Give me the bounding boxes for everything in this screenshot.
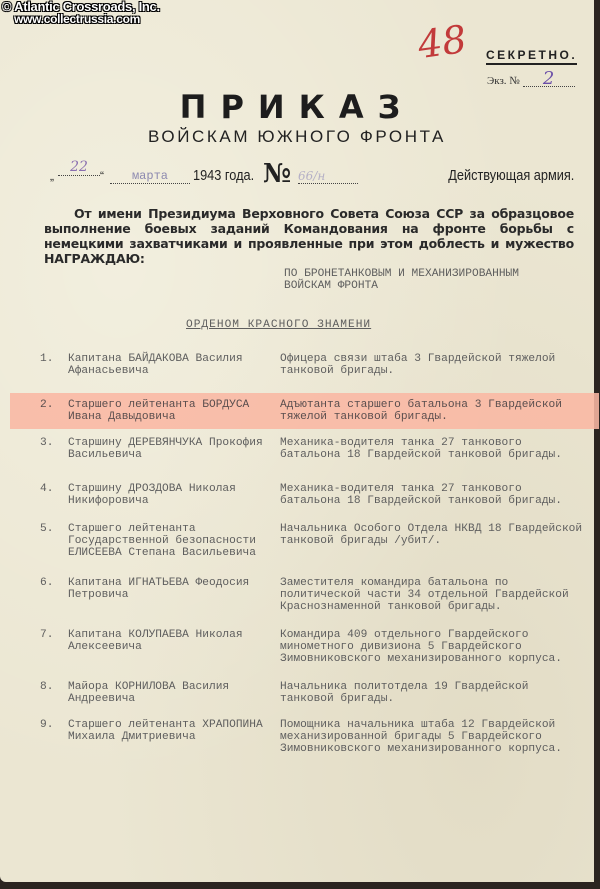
date-year: 1943 года. <box>193 167 254 184</box>
award-index: 9. <box>40 719 68 755</box>
date-close-quote: “ <box>100 169 104 183</box>
date-open-quote: „ <box>50 169 54 183</box>
award-index: 1. <box>40 353 68 377</box>
award-recipient-name: Старшину ДРОЗДОВА Николая Никифоровича <box>68 483 280 507</box>
document-page: © Atlantic Crossroads, Inc. www.collectr… <box>0 0 594 882</box>
section-heading-line2: ВОЙСКАМ ФРОНТА <box>284 280 584 292</box>
award-index: 7. <box>40 629 68 665</box>
award-recipient-post: Механика-водителя танка 27 танкового бат… <box>280 483 585 507</box>
award-entry: 9.Старшего лейтенанта ХРАПОПИНА Михаила … <box>40 719 585 755</box>
award-recipient-name: Капитана КОЛУПАЕВА Николая Алексеевича <box>68 629 280 665</box>
award-recipient-post: Помощника начальника штаба 12 Гвардейско… <box>280 719 585 755</box>
award-entry: 1.Капитана БАЙДАКОВА Василия Афанасьевич… <box>40 353 585 377</box>
section-heading: ПО БРОНЕТАНКОВЫМ И МЕХАНИЗИРОВАННЫМ ВОЙС… <box>284 268 584 292</box>
award-entry: 3.Старшину ДЕРЕВЯНЧУКА Прокофия Васильев… <box>40 437 585 461</box>
date-month: марта <box>110 169 190 184</box>
document-title: ПРИКАЗ <box>0 88 594 126</box>
handwritten-page-number: 48 <box>415 17 469 67</box>
award-index: 4. <box>40 483 68 507</box>
award-recipient-name: Старшего лейтенанта ХРАПОПИНА Михаила Дм… <box>68 719 280 755</box>
award-entry: 7.Капитана КОЛУПАЕВА Николая Алексеевича… <box>40 629 585 665</box>
number-sign: № <box>263 159 291 189</box>
dateline: „ 22 “ марта 1943 года. № 66/н Действующ… <box>50 165 574 189</box>
awards-list: 1.Капитана БАЙДАКОВА Василия Афанасьевич… <box>40 353 585 769</box>
award-recipient-name: Старшину ДЕРЕВЯНЧУКА Прокофия Васильевич… <box>68 437 280 461</box>
award-entry: 6.Капитана ИГНАТЬЕВА Феодосия ПетровичаЗ… <box>40 577 585 613</box>
award-recipient-post: Офицера связи штаба 3 Гвардейской тяжело… <box>280 353 585 377</box>
award-index: 3. <box>40 437 68 461</box>
watermark-url: www.collectrussia.com <box>2 13 160 25</box>
section-heading-line1: ПО БРОНЕТАНКОВЫМ И МЕХАНИЗИРОВАННЫМ <box>284 268 584 280</box>
date-day: 22 <box>58 159 100 176</box>
award-recipient-post: Адъютанта старшего батальона 3 Гвардейск… <box>280 399 585 423</box>
award-entry: 2.Старшего лейтенанта БОРДУСА Ивана Давы… <box>40 399 585 423</box>
award-recipient-name: Майора КОРНИЛОВА Василия Андреевича <box>68 681 280 705</box>
copy-number-line: Экз. № 2 <box>487 72 575 87</box>
award-recipient-name: Старшего лейтенанта Государственной безо… <box>68 523 280 559</box>
watermark: © Atlantic Crossroads, Inc. www.collectr… <box>2 1 160 25</box>
award-index: 6. <box>40 577 68 613</box>
location: Действующая армия. <box>448 167 574 184</box>
order-heading: ОРДЕНОМ КРАСНОГО ЗНАМЕНИ <box>186 319 371 331</box>
order-number: 66/н <box>298 169 358 184</box>
copy-label: Экз. № <box>487 75 520 87</box>
classification-stamp: СЕКРЕТНО. <box>486 48 577 65</box>
award-index: 8. <box>40 681 68 705</box>
award-recipient-name: Капитана ИГНАТЬЕВА Феодосия Петровича <box>68 577 280 613</box>
award-recipient-post: Командира 409 отдельного Гвардейского ми… <box>280 629 585 665</box>
award-entry: 8.Майора КОРНИЛОВА Василия АндреевичаНач… <box>40 681 585 705</box>
award-entry: 4.Старшину ДРОЗДОВА Николая Никифоровича… <box>40 483 585 507</box>
award-recipient-name: Старшего лейтенанта БОРДУСА Ивана Давыдо… <box>68 399 280 423</box>
award-recipient-post: Начальника политотдела 19 Гвардейской та… <box>280 681 585 705</box>
award-recipient-post: Заместителя командира батальона по полит… <box>280 577 585 613</box>
award-index: 2. <box>40 399 68 423</box>
award-recipient-name: Капитана БАЙДАКОВА Василия Афанасьевича <box>68 353 280 377</box>
award-entry: 5.Старшего лейтенанта Государственной бе… <box>40 523 585 559</box>
preamble-text: От имени Президиума Верховного Совета Со… <box>44 206 574 266</box>
award-recipient-post: Начальника Особого Отдела НКВД 18 Гварде… <box>280 523 585 559</box>
award-recipient-post: Механика-водителя танка 27 танкового бат… <box>280 437 585 461</box>
copy-number: 2 <box>523 72 575 87</box>
document-subtitle: ВОЙСКАМ ЮЖНОГО ФРОНТА <box>0 127 594 147</box>
award-index: 5. <box>40 523 68 559</box>
